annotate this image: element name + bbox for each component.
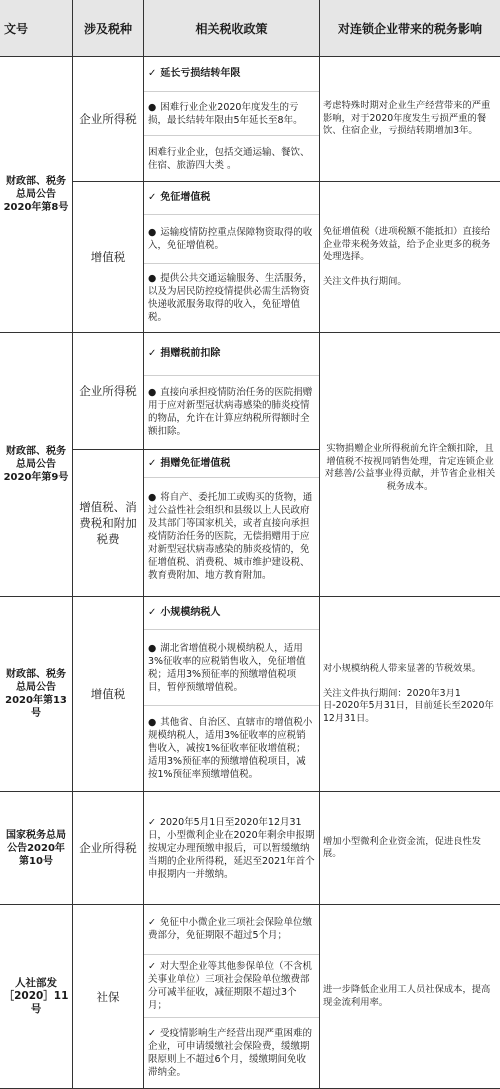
check-icon: ✓ [148,961,156,972]
policy-item: ✓免征中小微企业三项社会保险单位缴费部分，免征期限不超过5个月； [144,905,319,955]
impact-cell: 免征增值税（进项税额不能抵扣）直接给企业带来税务效益，给予企业更多的税务处理选择… [320,182,500,333]
tax-type-cell: 企业所得税 [73,333,144,450]
policy-item: ✓2020年5月1日至2020年12月31日，小型微利企业在2020年剩余申报期… [144,792,319,904]
impact-cell: 实物捐赠企业所得税前允许全额扣除，且增值税不按视同销售处理，肯定连锁企业对慈善/… [320,333,500,597]
doc-number-cell: 财政部、税务总局公告2020年第13号 [0,597,73,792]
header-tax-type: 涉及税种 [73,0,144,57]
tax-type-cell: 增值税 [73,597,144,792]
impact-cell: 进一步降低企业用工人员社保成本，提高现金流利用率。 [320,905,500,1089]
policy-item: ✓对大型企业等其他参保单位（不含机关事业单位）三项社会保险单位缴费部分可减半征收… [144,955,319,1019]
policy-cell: ✓捐赠免征增值税 ●将自产、委托加工或购买的货物，通过公益性社会组织和县级以上人… [144,450,320,597]
check-icon: ✓ [148,347,156,360]
tax-type-cell: 增值税 [73,182,144,333]
tax-type-cell: 社保 [73,905,144,1089]
policy-heading: ✓小规模纳税人 [144,597,319,630]
bullet-icon: ● [148,102,156,113]
tax-type-cell: 企业所得税 [73,792,144,905]
policy-heading: ✓捐赠免征增值税 [144,450,319,478]
check-icon: ✓ [148,457,156,470]
check-icon: ✓ [148,67,156,80]
impact-cell: 增加小型微利企业资金流，促进良性发展。 [320,792,500,905]
policy-heading: ✓免征增值税 [144,182,319,215]
policy-item: ●其他省、自治区、直辖市的增值税小规模纳税人，适用3%征收率的应税销售收入，减按… [144,706,319,791]
impact-cell: 对小规模纳税人带来显著的节税效果。 关注文件执行期间：2020年3月1日-202… [320,597,500,792]
policy-cell: ✓2020年5月1日至2020年12月31日，小型微利企业在2020年剩余申报期… [144,792,320,905]
policy-item: ●运输疫情防控重点保障物资取得的收入，免征增值税。 [144,215,319,265]
doc-number-cell: 人社部发［2020］11号 [0,905,73,1089]
policy-cell: ✓延长亏损结转年限 ●困难行业企业2020年度发生的亏损，最长结转年限由5年延长… [144,57,320,182]
policy-note: 困难行业企业，包括交通运输、餐饮、住宿、旅游四大类 。 [144,136,319,181]
policy-item: ✓受疫情影响生产经营出现严重困难的企业，可申请缓缴社会保险费，缓缴期限原则上不超… [144,1018,319,1088]
tax-type-cell: 增值税、消费税和附加税费 [73,450,144,597]
policy-heading: ✓捐赠税前扣除 [144,333,319,376]
tax-policy-table: 文号 涉及税种 相关税收政策 对连锁企业带来的税务影响 财政部、税务总局公告20… [0,0,500,1089]
doc-number-cell: 国家税务总局公告2020年第10号 [0,792,73,905]
bullet-icon: ● [148,492,156,503]
policy-heading: ✓延长亏损结转年限 [144,57,319,92]
policy-item: ●提供公共交通运输服务、生活服务，以及为居民防控疫情提供必需生活物资快递收派服务… [144,264,319,332]
policy-cell: ✓捐赠税前扣除 ●直接向承担疫情防治任务的医院捐赠用于应对新型冠状病毒感染的肺炎… [144,333,320,450]
header-doc-number: 文号 [0,0,73,57]
doc-number-cell: 财政部、税务总局公告2020年第8号 [0,57,73,333]
check-icon: ✓ [148,191,156,204]
bullet-icon: ● [148,227,156,238]
impact-cell: 考虑特殊时期对企业生产经营带来的严重影响，对于2020年度发生亏损严重的餐饮、住… [320,57,500,182]
policy-cell: ✓免征中小微企业三项社会保险单位缴费部分，免征期限不超过5个月； ✓对大型企业等… [144,905,320,1089]
check-icon: ✓ [148,817,156,828]
bullet-icon: ● [148,387,156,398]
header-impact: 对连锁企业带来的税务影响 [320,0,500,57]
bullet-icon: ● [148,273,156,284]
policy-cell: ✓免征增值税 ●运输疫情防控重点保障物资取得的收入，免征增值税。 ●提供公共交通… [144,182,320,333]
check-icon: ✓ [148,1028,156,1039]
doc-number-cell: 财政部、税务总局公告2020年第9号 [0,333,73,597]
policy-item: ●直接向承担疫情防治任务的医院捐赠用于应对新型冠状病毒感染的肺炎疫情的物品，允许… [144,376,319,449]
policy-cell: ✓小规模纳税人 ●湖北省增值税小规模纳税人，适用3%征收率的应税销售收入，免征增… [144,597,320,792]
policy-item: ●将自产、委托加工或购买的货物，通过公益性社会组织和县级以上人民政府及其部门等国… [144,478,319,596]
tax-type-cell: 企业所得税 [73,57,144,182]
check-icon: ✓ [148,606,156,619]
header-policy: 相关税收政策 [144,0,320,57]
policy-item: ●湖北省增值税小规模纳税人，适用3%征收率的应税销售收入，免征增值税；适用3%预… [144,630,319,707]
check-icon: ✓ [148,917,156,928]
bullet-icon: ● [148,643,156,654]
policy-item: ●困难行业企业2020年度发生的亏损，最长结转年限由5年延长至8年。 [144,92,319,137]
bullet-icon: ● [148,717,156,728]
